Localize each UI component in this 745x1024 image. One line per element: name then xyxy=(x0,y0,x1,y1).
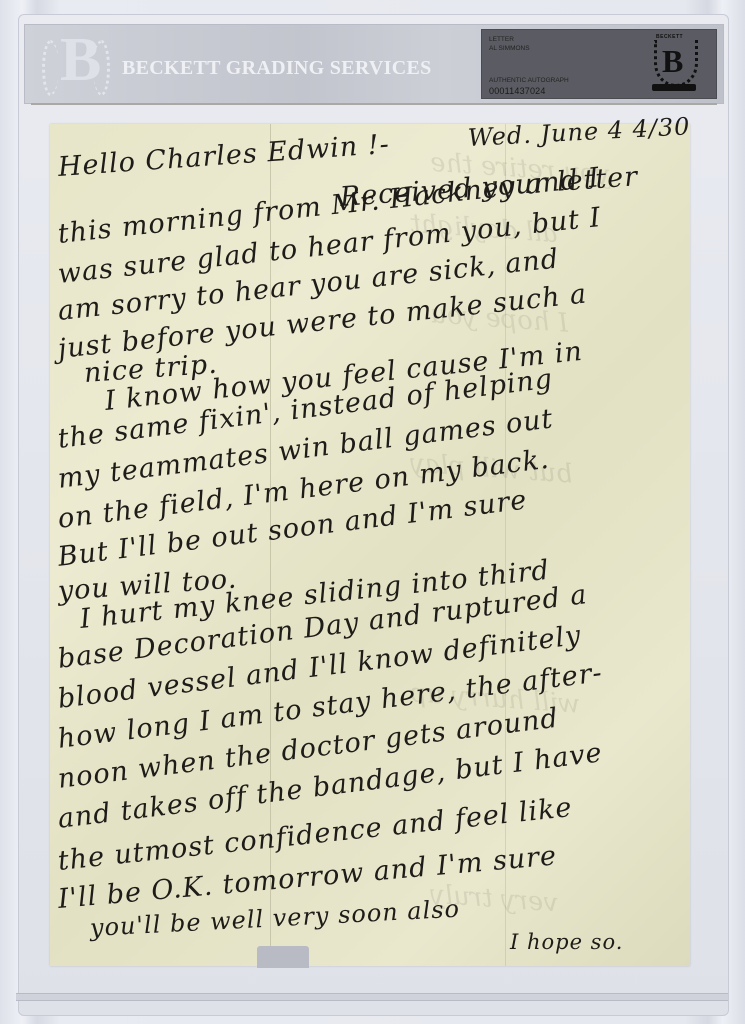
brand-name: BECKETT GRADING SERVICES xyxy=(122,57,432,80)
holder-clip-notch xyxy=(257,946,309,968)
beckett-logo-icon: B xyxy=(40,30,112,94)
letter-closing: I hope so. xyxy=(510,930,623,954)
laurel-left-icon xyxy=(42,40,59,96)
header-divider xyxy=(31,103,717,105)
seal-letter: B xyxy=(662,44,683,78)
laurel-right-icon xyxy=(93,40,110,96)
letter-salutation: Hello Charles Edwin !- xyxy=(57,129,391,183)
handwritten-letter: you retire the all daylight I hope you b… xyxy=(50,124,690,966)
subject-name: AL SIMMONS xyxy=(489,45,530,52)
beckett-seal-icon: BECKETT B xyxy=(650,34,698,94)
slab-bottom-rail xyxy=(16,993,728,1001)
authentication-type: AUTHENTIC AUTOGRAPH xyxy=(489,77,569,84)
seal-ribbon xyxy=(652,84,696,91)
item-type: LETTER xyxy=(489,36,514,43)
certification-label: LETTER AL SIMMONS AUTHENTIC AUTOGRAPH 00… xyxy=(481,29,717,99)
certificate-number: 00011437024 xyxy=(489,86,546,96)
grading-slab: B BECKETT GRADING SERVICES LETTER AL SIM… xyxy=(0,0,745,1024)
